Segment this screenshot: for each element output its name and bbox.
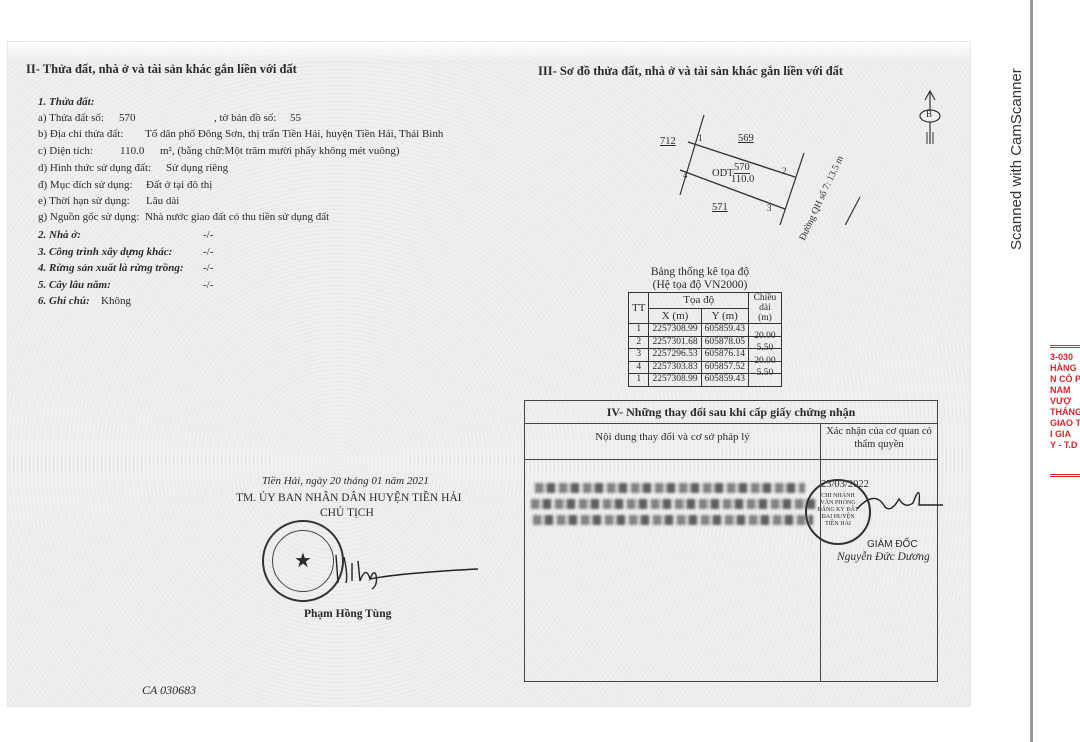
vertex-3: 3 (767, 203, 772, 213)
area-label: c) Diện tích: (38, 145, 93, 157)
perennial-label: 5. Cây lâu năm: (38, 279, 111, 291)
coord-cell-y: 605878.05 (701, 336, 748, 349)
red-stamp-fragment: 3-030HÀNGN CỔ P NAMVƯỢTHÁNG GIAO TI GIAY… (1050, 345, 1080, 477)
col-authority-confirmation: Xác nhận của cơ quan có thẩm quyền (821, 425, 937, 451)
section4-changes-table: IV- Những thay đổi sau khi cấp giấy chứn… (524, 400, 938, 682)
parcel-number-label: 570 (734, 162, 750, 174)
parcel-area-label: 110.0 (731, 174, 754, 185)
star-icon: ★ (294, 548, 312, 573)
vertex-2: 2 (782, 166, 787, 176)
vertex-4: 4 (683, 170, 688, 180)
house-value: -/- (203, 229, 213, 241)
redacted-text (531, 499, 816, 509)
area-value: 110.0 (120, 145, 144, 157)
director-signature (855, 479, 945, 519)
camscanner-watermark: Scanned with CamScanner (1008, 68, 1025, 250)
serial-number: CA 030683 (142, 683, 196, 698)
coord-cell-tt: 1 (629, 324, 649, 337)
col-x: X (m) (649, 308, 701, 324)
coord-cell-tt: 4 (629, 361, 649, 374)
other-construction-label: 3. Công trình xây dựng khác: (38, 246, 172, 258)
chairman-signature (330, 545, 480, 590)
note-label: 6. Ghi chú: (38, 295, 90, 307)
director-title: GIÁM ĐỐC (867, 539, 918, 550)
north-label: B (926, 109, 932, 119)
coord-title: Bảng thống kê tọa độ (600, 266, 800, 279)
coord-row: 12257308.99605859.435.50 (629, 374, 782, 387)
chairman-name: Phạm Hồng Tùng (304, 608, 391, 620)
coord-table-title: Bảng thống kê tọa độ (Hệ tọa độ VN2000) (600, 266, 800, 292)
coord-cell-length: 5.50 (748, 368, 781, 381)
section2-heading: II- Thửa đất, nhà ở và tài sản khác gắn … (26, 62, 297, 77)
address-label: b) Địa chỉ thửa đất: (38, 128, 123, 140)
use-form-label: d) Hình thức sử dụng đất: (38, 162, 151, 174)
forest-label: 4. Rừng sản xuất là rừng trồng: (38, 262, 184, 274)
coord-cell-y: 605859.43 (701, 324, 748, 337)
coord-cell-x: 2257303.83 (649, 361, 701, 374)
purpose-label: đ) Mục đích sử dụng: (38, 179, 133, 191)
coord-cell-y: 605876.14 (701, 349, 748, 362)
parcel-number: 570 (119, 112, 136, 124)
coord-cell-length: 20.00 (748, 355, 781, 368)
perennial-value: -/- (203, 279, 213, 291)
redacted-text (535, 483, 805, 493)
origin-value: Nhà nước giao đất có thu tiền sử dụng đấ… (145, 211, 329, 223)
other-construction-value: -/- (203, 246, 213, 258)
place-date: Tiền Hải, ngày 20 tháng 01 năm 2021 (262, 475, 429, 487)
neighbor-712: 712 (660, 136, 676, 147)
col-change-content: Nội dung thay đổi và cơ sở pháp lý (525, 431, 820, 443)
col-y: Y (m) (701, 308, 748, 324)
purpose-value: Đất ở tại đô thị (146, 179, 212, 191)
coord-cell-y: 605857.52 (701, 361, 748, 374)
col-toado: Tọa độ (649, 293, 749, 309)
section3-heading: III- Sơ đồ thửa đất, nhà ở và tài sản kh… (538, 64, 843, 79)
origin-label: g) Nguồn gốc sử dụng: (38, 211, 139, 223)
neighbor-569: 569 (738, 133, 754, 144)
coord-subtitle: (Hệ tọa độ VN2000) (600, 279, 800, 292)
coordinate-table: TT Tọa độ Chiều dài (m) X (m) Y (m) 1225… (628, 292, 782, 387)
parcel-label: a) Thửa đất số: (38, 112, 104, 124)
term-label: e) Thời hạn sử dụng: (38, 195, 130, 207)
coord-cell-tt: 1 (629, 374, 649, 387)
house-label: 2. Nhà ở: (38, 229, 81, 241)
issuer-title: CHỦ TỊCH (320, 507, 374, 519)
note-value: Không (101, 295, 131, 307)
use-form-value: Sử dụng riêng (166, 162, 228, 174)
col-length: Chiều dài (m) (748, 293, 781, 324)
redacted-text (533, 515, 813, 525)
coord-cell-length: 5.50 (748, 343, 781, 356)
coord-cell-y: 605859.43 (701, 374, 748, 387)
coord-cell-tt: 2 (629, 336, 649, 349)
map-sheet-label: , tờ bản đồ số: (214, 112, 276, 124)
map-sheet-number: 55 (290, 112, 301, 124)
coord-cell-x: 2257296.53 (649, 349, 701, 362)
director-name: Nguyễn Đức Dương (837, 551, 930, 563)
section4-heading: IV- Những thay đổi sau khi cấp giấy chứn… (525, 401, 937, 424)
area-text: m², (bằng chữ:Một trăm mười phẩy không m… (160, 145, 399, 157)
address-value: Tổ dân phố Đông Sơn, thị trấn Tiền Hải, … (145, 128, 443, 140)
coord-cell-x: 2257308.99 (649, 324, 701, 337)
coord-cell-tt: 3 (629, 349, 649, 362)
forest-value: -/- (203, 262, 213, 274)
coord-cell-x: 2257308.99 (649, 374, 701, 387)
coord-cell-x: 2257301.68 (649, 336, 701, 349)
vertex-1: 1 (698, 133, 703, 143)
term-value: Lâu dài (146, 195, 179, 207)
land-heading: 1. Thửa đất: (38, 96, 94, 108)
coord-cell-length: 20.00 (748, 330, 781, 343)
neighbor-571: 571 (712, 202, 728, 213)
issuer-org: TM. ỦY BAN NHÂN DÂN HUYỆN TIỀN HẢI (236, 492, 462, 504)
col-tt: TT (629, 293, 649, 324)
